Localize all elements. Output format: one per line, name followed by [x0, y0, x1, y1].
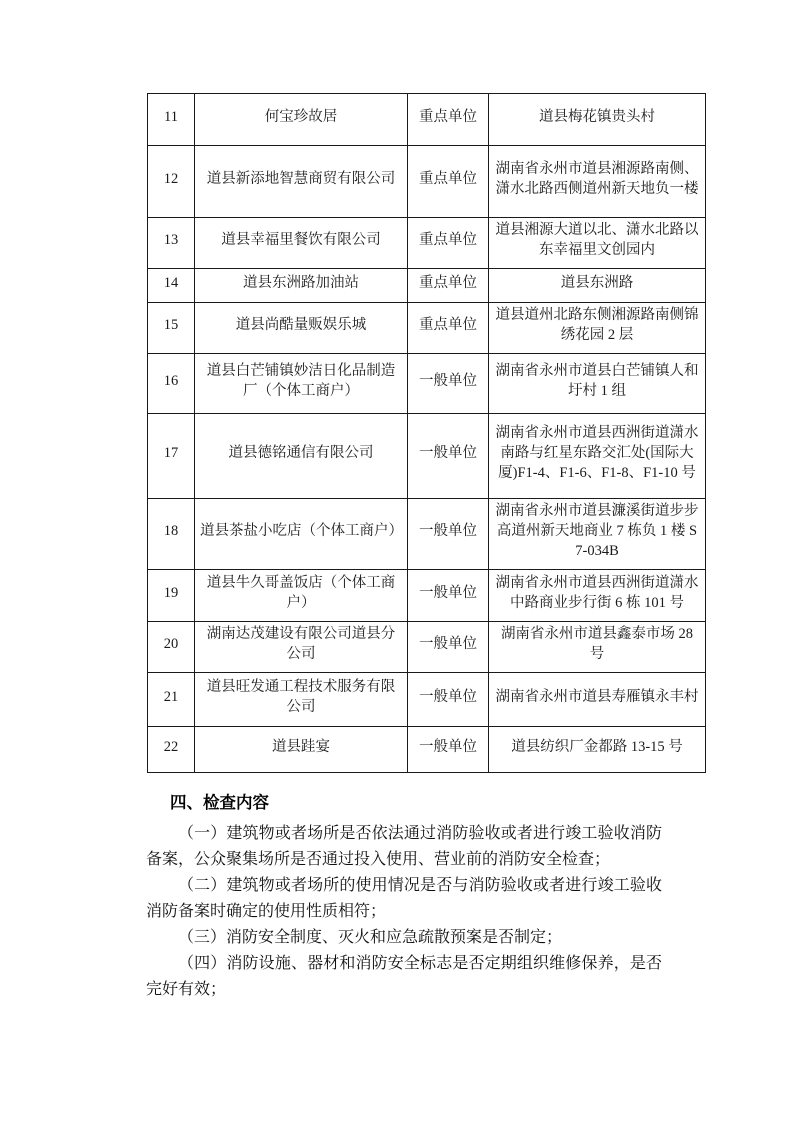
- unit-name: 道县幸福里餐饮有限公司: [195, 218, 408, 269]
- unit-address: 湖南省永州市道县西洲街道潇水南路与红星东路交汇处(国际大厦)F1-4、F1-6、…: [489, 414, 706, 499]
- row-number: 20: [148, 622, 195, 673]
- row-number: 16: [148, 354, 195, 414]
- units-table: 11 何宝珍故居 重点单位 道县梅花镇贵头村 12 道县新添地智慧商贸有限公司 …: [147, 93, 706, 773]
- unit-name: 道县牛久哥盖饭店（个体工商户）: [195, 570, 408, 622]
- unit-address: 道县湘源大道以北、潇水北路以东幸福里文创园内: [489, 218, 706, 269]
- unit-name: 道县尚酷量贩娱乐城: [195, 303, 408, 354]
- unit-name: 何宝珍故居: [195, 94, 408, 146]
- row-number: 17: [148, 414, 195, 499]
- table-row: 19 道县牛久哥盖饭店（个体工商户） 一般单位 湖南省永州市道县西洲街道潇水中路…: [148, 570, 706, 622]
- table-row: 16 道县白芒铺镇妙洁日化品制造厂（个体工商户） 一般单位 湖南省永州市道县白芒…: [148, 354, 706, 414]
- unit-name: 湖南达茂建设有限公司道县分公司: [195, 622, 408, 673]
- unit-type: 一般单位: [408, 622, 489, 673]
- section-paragraph-2: （二）建筑物或者场所的使用情况是否与消防验收或者进行竣工验收消防备案时确定的使用…: [146, 873, 662, 925]
- table-row: 20 湖南达茂建设有限公司道县分公司 一般单位 湖南省永州市道县鑫泰市场 28 …: [148, 622, 706, 673]
- row-number: 19: [148, 570, 195, 622]
- row-number: 13: [148, 218, 195, 269]
- table-row: 14 道县东洲路加油站 重点单位 道县东洲路: [148, 269, 706, 303]
- unit-name: 道县茶盐小吃店（个体工商户）: [195, 499, 408, 570]
- unit-type: 重点单位: [408, 303, 489, 354]
- section-paragraph-4: （四）消防设施、器材和消防安全标志是否定期组织维修保养，是否完好有效；: [146, 951, 662, 1003]
- unit-address: 道县道州北路东侧湘源路南侧锦绣花园 2 层: [489, 303, 706, 354]
- unit-type: 重点单位: [408, 218, 489, 269]
- unit-name: 道县跬宴: [195, 727, 408, 773]
- table-row: 11 何宝珍故居 重点单位 道县梅花镇贵头村: [148, 94, 706, 146]
- unit-address: 湖南省永州市道县西洲街道潇水中路商业步行街 6 栋 101 号: [489, 570, 706, 622]
- row-number: 21: [148, 673, 195, 727]
- unit-type: 重点单位: [408, 146, 489, 218]
- unit-type: 一般单位: [408, 499, 489, 570]
- unit-type: 重点单位: [408, 94, 489, 146]
- row-number: 22: [148, 727, 195, 773]
- inspection-content-section: 四、检查内容 （一）建筑物或者场所是否依法通过消防验收或者进行竣工验收消防备案，…: [146, 792, 662, 1003]
- unit-address: 湖南省永州市道县濂溪街道步步高道州新天地商业 7 栋负 1 楼 S7-034B: [489, 499, 706, 570]
- row-number: 18: [148, 499, 195, 570]
- unit-type: 一般单位: [408, 354, 489, 414]
- unit-name: 道县旺发通工程技术服务有限公司: [195, 673, 408, 727]
- table-row: 17 道县德铭通信有限公司 一般单位 湖南省永州市道县西洲街道潇水南路与红星东路…: [148, 414, 706, 499]
- row-number: 12: [148, 146, 195, 218]
- unit-address: 湖南省永州市道县鑫泰市场 28 号: [489, 622, 706, 673]
- unit-type: 一般单位: [408, 570, 489, 622]
- table-row: 21 道县旺发通工程技术服务有限公司 一般单位 湖南省永州市道县寿雁镇永丰村: [148, 673, 706, 727]
- unit-address: 湖南省永州市道县白芒铺镇人和圩村 1 组: [489, 354, 706, 414]
- unit-address: 道县东洲路: [489, 269, 706, 303]
- unit-name: 道县东洲路加油站: [195, 269, 408, 303]
- unit-type: 一般单位: [408, 727, 489, 773]
- unit-name: 道县新添地智慧商贸有限公司: [195, 146, 408, 218]
- section-heading: 四、检查内容: [170, 792, 662, 814]
- table-row: 12 道县新添地智慧商贸有限公司 重点单位 湖南省永州市道县湘源路南侧、潇水北路…: [148, 146, 706, 218]
- section-paragraph-3: （三）消防安全制度、灭火和应急疏散预案是否制定；: [146, 925, 662, 951]
- unit-type: 一般单位: [408, 673, 489, 727]
- row-number: 14: [148, 269, 195, 303]
- row-number: 15: [148, 303, 195, 354]
- unit-address: 道县梅花镇贵头村: [489, 94, 706, 146]
- unit-name: 道县白芒铺镇妙洁日化品制造厂（个体工商户）: [195, 354, 408, 414]
- document-page: 11 何宝珍故居 重点单位 道县梅花镇贵头村 12 道县新添地智慧商贸有限公司 …: [0, 0, 793, 1122]
- unit-name: 道县德铭通信有限公司: [195, 414, 408, 499]
- table-row: 22 道县跬宴 一般单位 道县纺织厂金都路 13-15 号: [148, 727, 706, 773]
- unit-type: 重点单位: [408, 269, 489, 303]
- unit-address: 湖南省永州市道县湘源路南侧、潇水北路西侧道州新天地负一楼: [489, 146, 706, 218]
- table-row: 18 道县茶盐小吃店（个体工商户） 一般单位 湖南省永州市道县濂溪街道步步高道州…: [148, 499, 706, 570]
- unit-type: 一般单位: [408, 414, 489, 499]
- table-row: 13 道县幸福里餐饮有限公司 重点单位 道县湘源大道以北、潇水北路以东幸福里文创…: [148, 218, 706, 269]
- unit-address: 道县纺织厂金都路 13-15 号: [489, 727, 706, 773]
- section-paragraph-1: （一）建筑物或者场所是否依法通过消防验收或者进行竣工验收消防备案，公众聚集场所是…: [146, 821, 662, 873]
- row-number: 11: [148, 94, 195, 146]
- table-row: 15 道县尚酷量贩娱乐城 重点单位 道县道州北路东侧湘源路南侧锦绣花园 2 层: [148, 303, 706, 354]
- unit-address: 湖南省永州市道县寿雁镇永丰村: [489, 673, 706, 727]
